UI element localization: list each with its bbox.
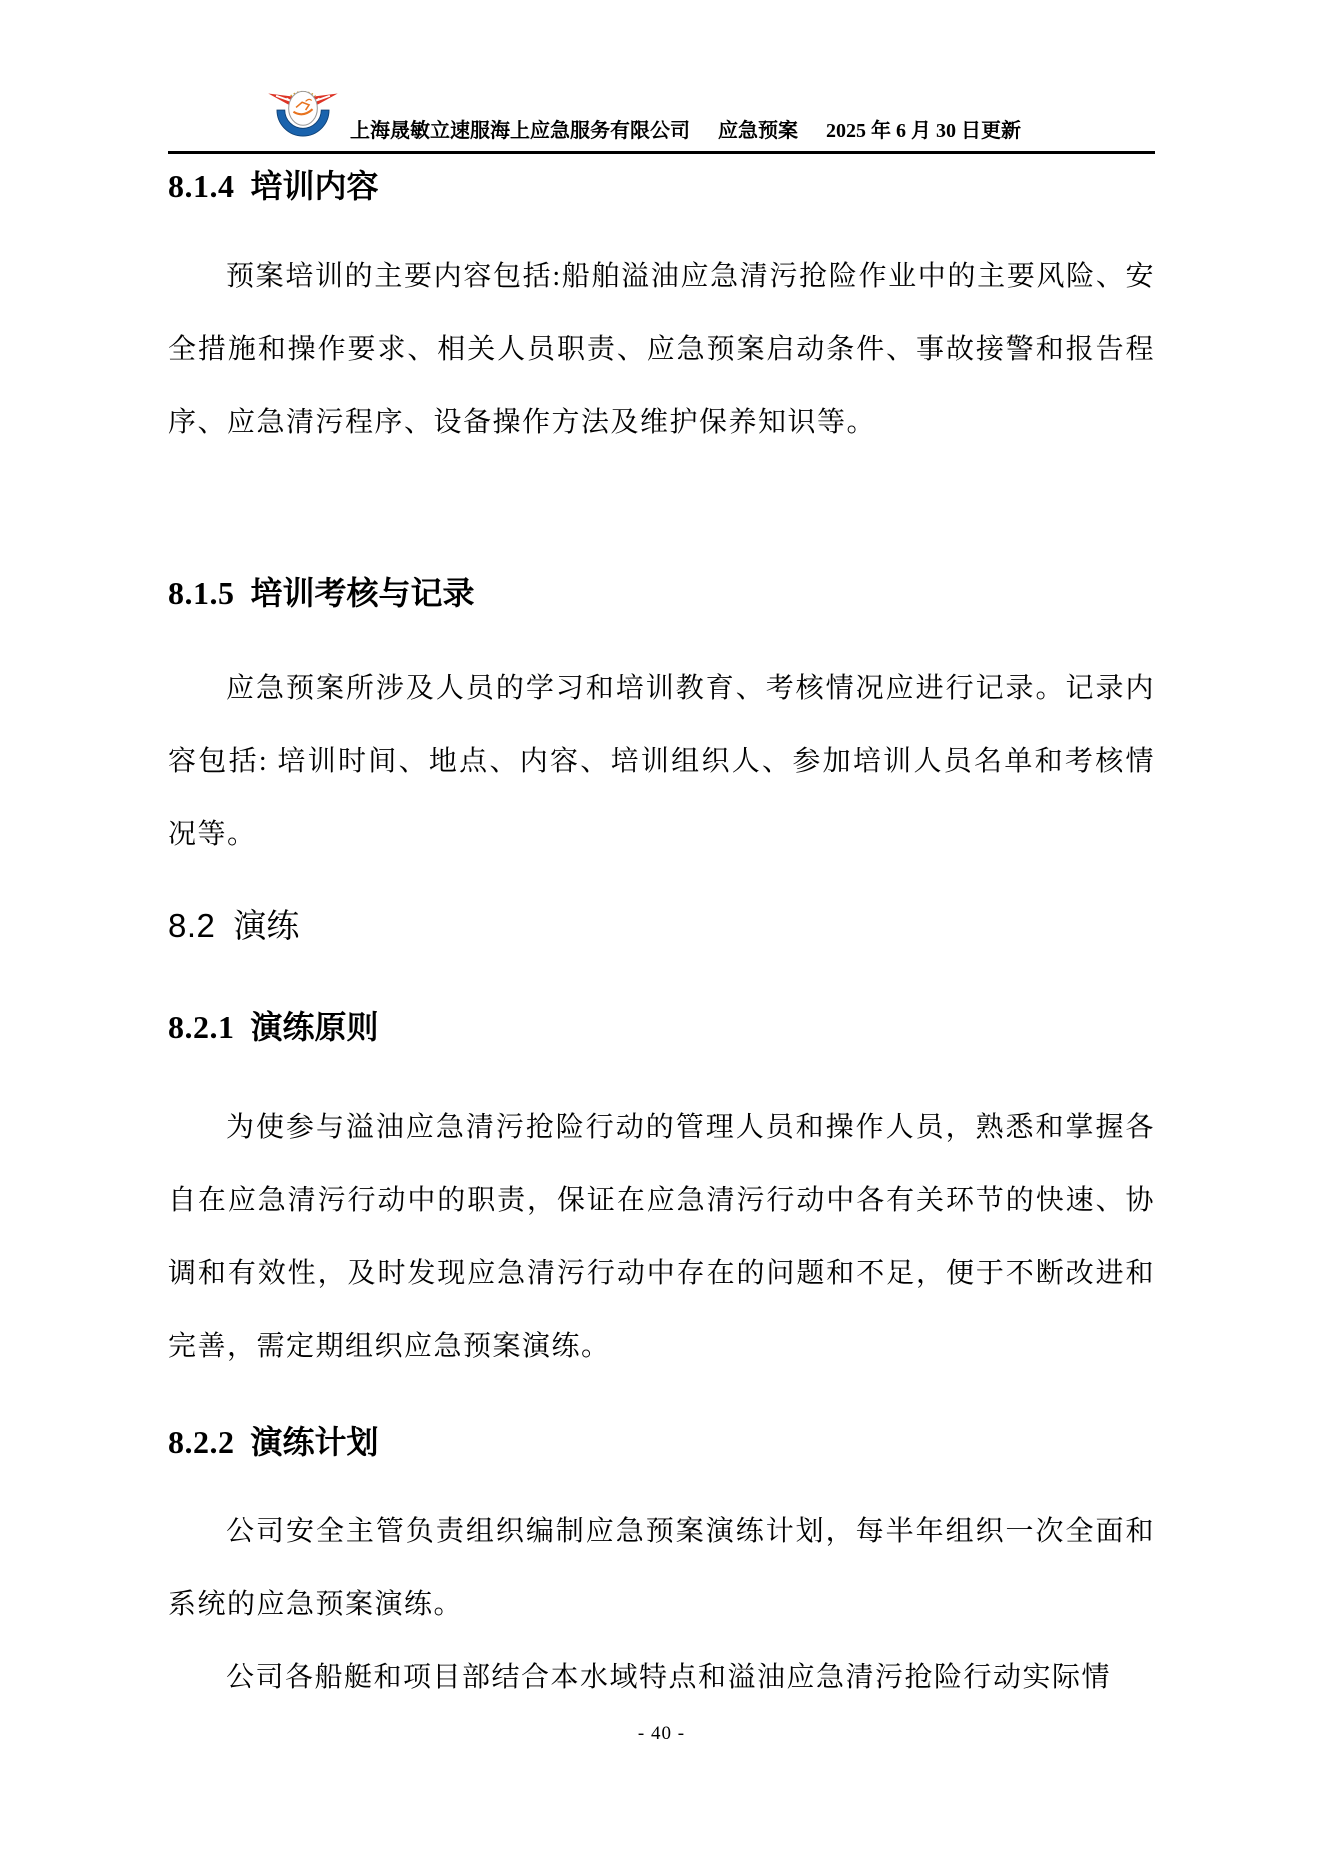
- section-heading-8-2: 8.2演练: [168, 901, 1155, 951]
- paragraph-drill-plan-continued: 公司各船艇和项目部结合本水域特点和溢油应急清污抢险行动实际情: [168, 1641, 1155, 1714]
- header-update-date: 2025 年 6 月 30 日更新: [826, 119, 1021, 143]
- section-title: 演练计划: [251, 1424, 379, 1460]
- paragraph-drill-principles: 为使参与溢油应急清污抢险行动的管理人员和操作人员，熟悉和掌握各自在应急清污行动中…: [168, 1091, 1155, 1383]
- section-heading-8-2-2: 8.2.2演练计划: [168, 1418, 1155, 1466]
- section-number: 8.2.1: [168, 1009, 235, 1045]
- page-footer: - 40 -: [0, 1720, 1323, 1748]
- header-row: 上海晟敏立速服海上应急服务有限公司 应急预案 2025 年 6 月 30 日更新: [168, 84, 1155, 151]
- page-header: 上海晟敏立速服海上应急服务有限公司 应急预案 2025 年 6 月 30 日更新: [168, 0, 1155, 154]
- page-number: - 40 -: [0, 1720, 1323, 1748]
- header-company-name: 上海晟敏立速服海上应急服务有限公司: [350, 119, 690, 143]
- section-number: 8.2.2: [168, 1424, 235, 1460]
- section-title: 演练: [233, 907, 299, 944]
- section-number: 8.1.4: [168, 168, 235, 204]
- section-title: 培训考核与记录: [251, 575, 475, 611]
- document-page: 上海晟敏立速服海上应急服务有限公司 应急预案 2025 年 6 月 30 日更新…: [0, 0, 1323, 1871]
- section-number: 8.2: [168, 907, 215, 944]
- company-logo-icon: [266, 84, 340, 150]
- paragraph-drill-plan: 公司安全主管负责组织编制应急预案演练计划，每半年组织一次全面和系统的应急预案演练…: [168, 1495, 1155, 1641]
- paragraph-training-content: 预案培训的主要内容包括:船舶溢油应急清污抢险作业中的主要风险、安全措施和操作要求…: [168, 240, 1155, 459]
- section-title: 演练原则: [251, 1009, 379, 1045]
- document-body: 8.1.4培训内容 预案培训的主要内容包括:船舶溢油应急清污抢险作业中的主要风险…: [168, 162, 1155, 1714]
- section-heading-8-2-1: 8.2.1演练原则: [168, 1003, 1155, 1051]
- header-text: 上海晟敏立速服海上应急服务有限公司 应急预案 2025 年 6 月 30 日更新: [350, 119, 1021, 143]
- paragraph-training-records: 应急预案所涉及人员的学习和培训教育、考核情况应进行记录。记录内容包括: 培训时间…: [168, 652, 1155, 871]
- section-title: 培训内容: [251, 168, 379, 204]
- section-number: 8.1.5: [168, 575, 235, 611]
- header-doc-type: 应急预案: [718, 119, 798, 143]
- section-heading-8-1-5: 8.1.5培训考核与记录: [168, 569, 1155, 617]
- section-heading-8-1-4: 8.1.4培训内容: [168, 162, 1155, 210]
